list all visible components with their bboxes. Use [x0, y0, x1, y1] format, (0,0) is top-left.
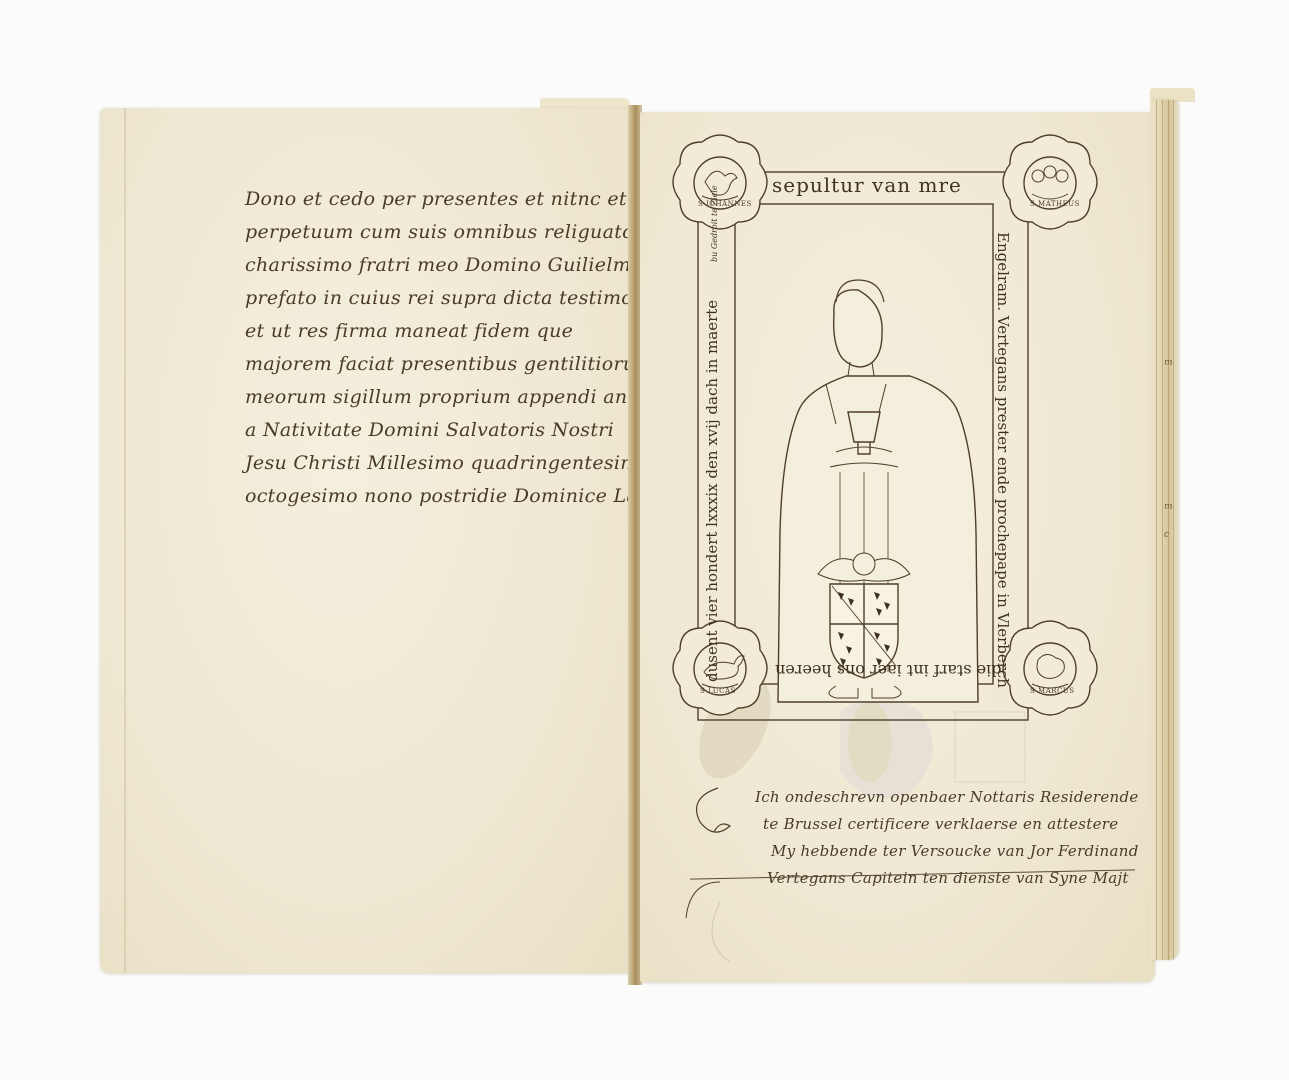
right-page: sepultur van mre Engelram. Vertegans pre…	[640, 112, 1155, 982]
epitaph-left-inscription: dusent vier hondert lxxxix den xvij dach…	[703, 300, 721, 682]
text-line: Vertegans Capitein ten dienste van Syne …	[715, 865, 1135, 892]
medallion-label: S MATHEUS	[1030, 200, 1080, 208]
text-line: octogesimo nono postridie Dominice Laeta…	[245, 480, 635, 513]
latin-charter-text: Dono et cedo per presentes et nitnc et i…	[245, 183, 635, 513]
text-line: a Nativitate Domini Salvatoris Nostri	[245, 414, 635, 447]
text-line: My hebbende ter Versoucke van Jor Ferdin…	[715, 838, 1135, 865]
medallion-label: S LUCAS	[700, 687, 736, 695]
text-line: meorum sigillum proprium appendi anno	[245, 381, 635, 414]
open-manuscript: Dono et cedo per presentes et nitnc et i…	[0, 0, 1289, 1080]
epitaph-margin-note: bu Gedroit te Ziele	[710, 185, 719, 262]
text-line: te Brussel certificere verklaerse en att…	[715, 811, 1135, 838]
priest-figure	[778, 280, 978, 702]
epitaph-right-inscription: Engelram. Vertegans prester ende prochep…	[994, 232, 1012, 688]
text-line: et ut res firma maneat fidem que	[245, 315, 635, 348]
text-line: majorem faciat presentibus gentilitiorum	[245, 348, 635, 381]
edge-mark: m	[1164, 358, 1173, 368]
medallion-label: S MARCUS	[1030, 687, 1075, 695]
text-line: perpetuum cum suis omnibus religuatoribu…	[245, 216, 635, 249]
epitaph-bottom-inscription: die starf int iaer ons heeren	[775, 661, 1001, 680]
text-line: Dono et cedo per presentes et nitnc et i…	[245, 183, 635, 216]
epitaph-top-inscription: sepultur van mre	[772, 173, 962, 197]
page-fold-line	[124, 108, 126, 973]
text-line: Jesu Christi Millesimo quadringentesimo	[245, 447, 635, 480]
medallion-top-right	[1003, 135, 1097, 229]
left-page: Dono et cedo per presentes et nitnc et i…	[100, 108, 632, 973]
edge-mark: c	[1164, 530, 1169, 540]
text-line: prefato in cuius rei supra dicta testimo…	[245, 282, 635, 315]
edge-mark: m	[1164, 502, 1173, 512]
medallion-bottom-right	[1003, 621, 1097, 715]
medallion-label: S IOHANNES	[698, 200, 752, 208]
text-line: charissimo fratri meo Domino Guilielmo	[245, 249, 635, 282]
text-line: Ich ondeschrevn openbaer Nottaris Reside…	[715, 784, 1135, 811]
page-edges: m m c	[1150, 100, 1178, 960]
medallion-top-left	[673, 135, 767, 229]
